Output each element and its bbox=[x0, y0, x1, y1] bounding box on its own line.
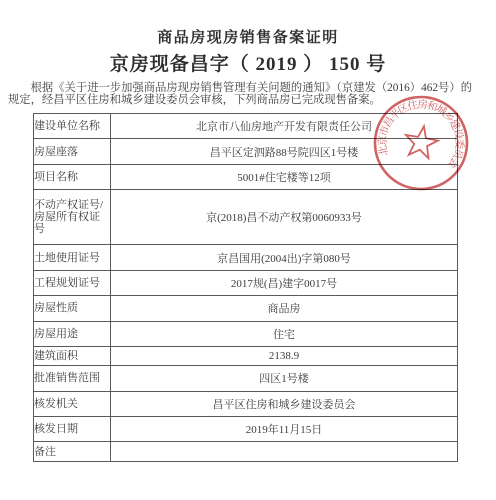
field-label: 房屋性质 bbox=[34, 296, 111, 321]
field-value: 住宅 bbox=[111, 321, 458, 346]
field-label: 核发日期 bbox=[34, 417, 111, 442]
field-label: 不动产权证号/ 房屋所有权证号 bbox=[34, 190, 111, 245]
field-value: 昌平区定泗路88号院四区1号楼 bbox=[111, 139, 458, 164]
field-value: 京昌国用(2004出)字第080号 bbox=[111, 245, 458, 270]
field-value: 昌平区住房和城乡建设委员会 bbox=[111, 391, 458, 416]
table-row: 工程规划证号 2017规(昌)建字0017号 bbox=[34, 270, 458, 295]
field-label: 核发机关 bbox=[34, 391, 111, 416]
table-row: 备注 bbox=[34, 442, 458, 462]
field-value: 5001#住宅楼等12项 bbox=[111, 164, 458, 189]
field-value: 2019年11月15日 bbox=[111, 417, 458, 442]
table-row: 核发日期 2019年11月15日 bbox=[34, 417, 458, 442]
field-label: 备注 bbox=[34, 442, 111, 462]
table-row: 土地使用证号 京昌国用(2004出)字第080号 bbox=[34, 245, 458, 270]
field-label: 建设单位名称 bbox=[34, 114, 111, 139]
field-label: 房屋用途 bbox=[34, 321, 111, 346]
filing-table: 建设单位名称 北京市八仙房地产开发有限责任公司 房屋座落 昌平区定泗路88号院四… bbox=[33, 113, 458, 462]
page-title: 商品房现房销售备案证明 bbox=[0, 26, 496, 47]
field-label: 建筑面积 bbox=[34, 346, 111, 365]
field-label: 房屋座落 bbox=[34, 139, 111, 164]
certificate-page: 商品房现房销售备案证明 京房现备昌字（ 2019 ） 150 号 根据《关于进一… bbox=[0, 0, 496, 500]
table-row: 建设单位名称 北京市八仙房地产开发有限责任公司 bbox=[34, 114, 458, 139]
field-value: 2017规(昌)建字0017号 bbox=[111, 270, 458, 295]
table-row: 项目名称 5001#住宅楼等12项 bbox=[34, 164, 458, 189]
document-number: 京房现备昌字（ 2019 ） 150 号 bbox=[0, 49, 496, 76]
field-label: 批准销售范围 bbox=[34, 366, 111, 391]
field-value: 京(2018)昌不动产权第0060933号 bbox=[111, 190, 458, 245]
field-label: 土地使用证号 bbox=[34, 245, 111, 270]
field-value: 北京市八仙房地产开发有限责任公司 bbox=[111, 114, 458, 139]
table-row: 房屋座落 昌平区定泗路88号院四区1号楼 bbox=[34, 139, 458, 164]
intro-paragraph: 根据《关于进一步加强商品房现房销售管理有关问题的通知》（京建发（2016）462… bbox=[8, 83, 472, 107]
table-row: 不动产权证号/ 房屋所有权证号 京(2018)昌不动产权第0060933号 bbox=[34, 190, 458, 245]
field-value: 商品房 bbox=[111, 296, 458, 321]
field-label: 工程规划证号 bbox=[34, 270, 111, 295]
field-value: 四区1号楼 bbox=[111, 366, 458, 391]
field-value bbox=[111, 442, 458, 462]
table-row: 建筑面积 2138.9 bbox=[34, 346, 458, 365]
field-value: 2138.9 bbox=[111, 346, 458, 365]
field-label: 项目名称 bbox=[34, 164, 111, 189]
table-row: 房屋性质 商品房 bbox=[34, 296, 458, 321]
table-row: 房屋用途 住宅 bbox=[34, 321, 458, 346]
table-row: 核发机关 昌平区住房和城乡建设委员会 bbox=[34, 391, 458, 416]
table-row: 批准销售范围 四区1号楼 bbox=[34, 366, 458, 391]
